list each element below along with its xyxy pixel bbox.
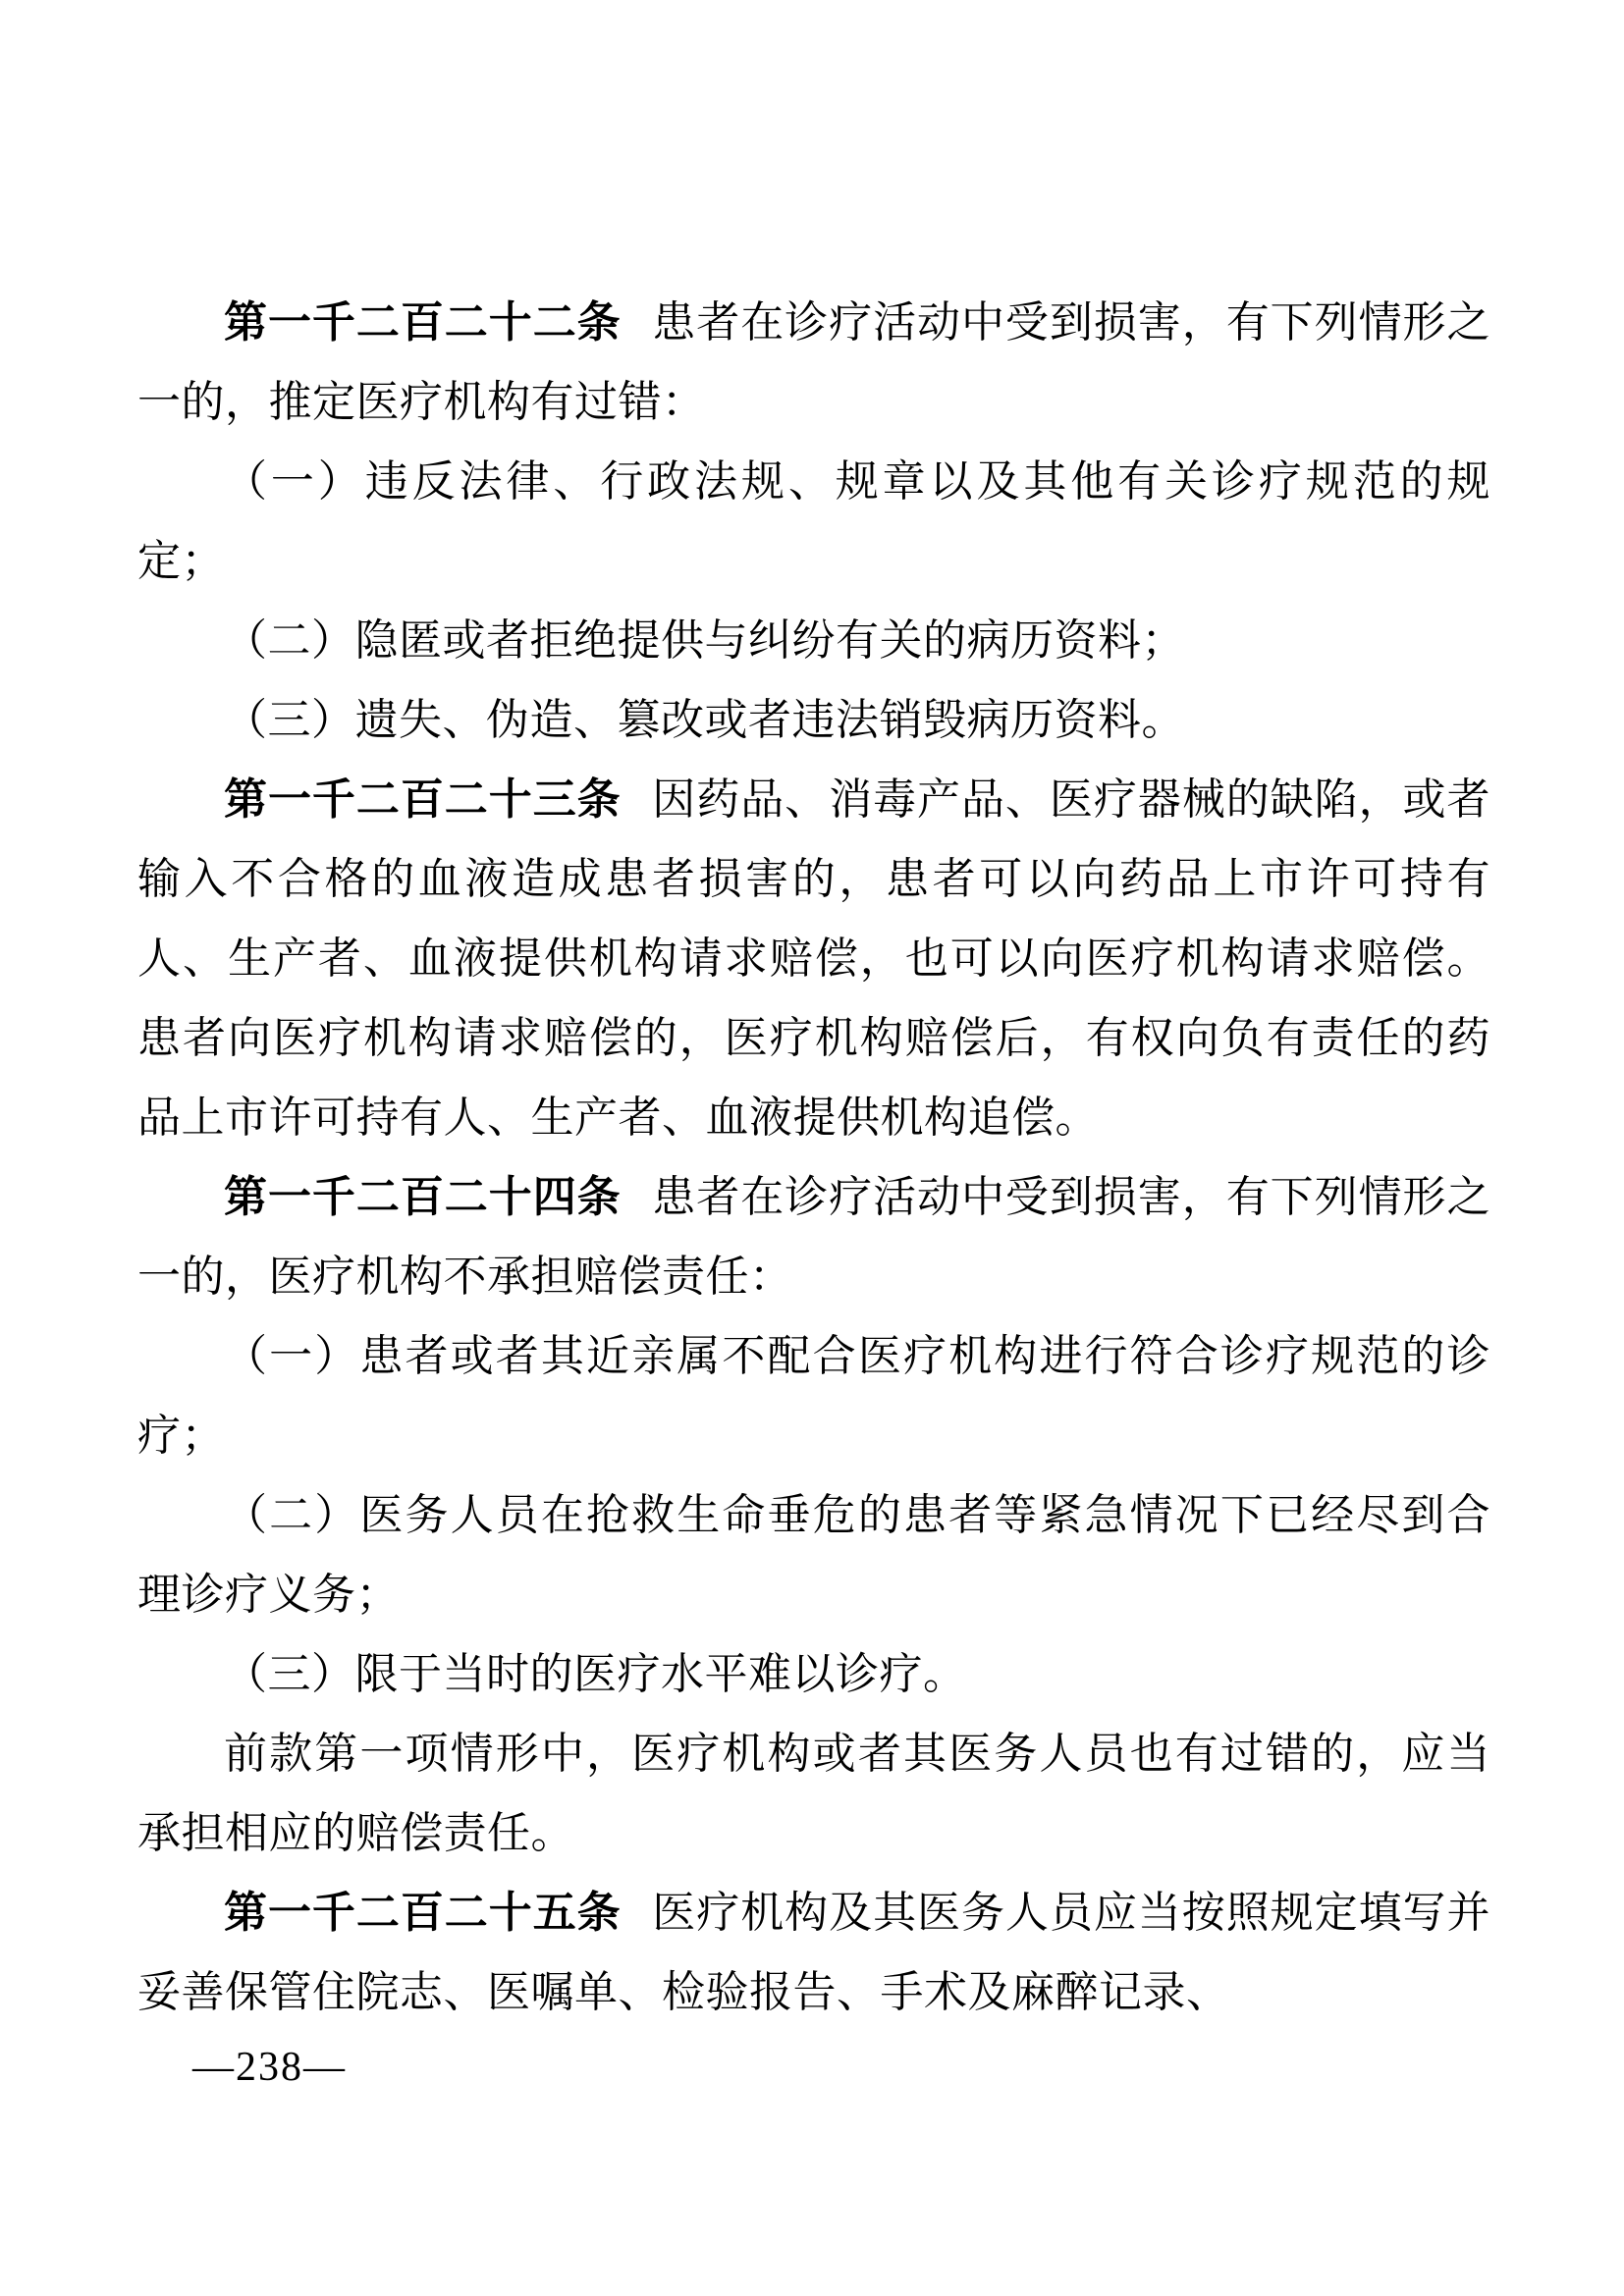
item-text: （一）患者或者其近亲属不配合医疗机构进行符合诊疗规范的诊疗；	[137, 1332, 1490, 1460]
item-text: （一）违反法律、行政法规、规章以及其他有关诊疗规范的规定；	[137, 457, 1490, 585]
article-1225-number: 第一千二百二十五条	[224, 1889, 622, 1937]
article-1222-paragraph: 第一千二百二十二条患者在诊疗活动中受到损害，有下列情形之一的，推定医疗机构有过错…	[137, 283, 1490, 442]
article-1223-number: 第一千二百二十三条	[224, 775, 622, 824]
paragraph-text: 前款第一项情形中，医疗机构或者其医务人员也有过错的，应当承担相应的赔偿责任。	[137, 1730, 1490, 1857]
article-1225-paragraph: 第一千二百二十五条医疗机构及其医务人员应当按照规定填写并妥善保管住院志、医嘱单、…	[137, 1873, 1490, 2032]
article-1222-item-1: （一）违反法律、行政法规、规章以及其他有关诊疗规范的规定；	[137, 442, 1490, 601]
article-1222-item-2: （二）隐匿或者拒绝提供与纠纷有关的病历资料；	[137, 601, 1490, 680]
item-text: （三）遗失、伪造、篡改或者违法销毁病历资料。	[224, 696, 1185, 744]
article-1224-number: 第一千二百二十四条	[224, 1173, 622, 1221]
article-1223-text: 因药品、消毒产品、医疗器械的缺陷，或者输入不合格的血液造成患者损害的，患者可以向…	[137, 775, 1490, 1142]
article-1223-paragraph: 第一千二百二十三条因药品、消毒产品、医疗器械的缺陷，或者输入不合格的血液造成患者…	[137, 760, 1490, 1157]
article-1224-paragraph: 第一千二百二十四条患者在诊疗活动中受到损害，有下列情形之一的，医疗机构不承担赔偿…	[137, 1157, 1490, 1316]
item-text: （三）限于当时的医疗水平难以诊疗。	[224, 1650, 967, 1698]
article-1224-item-2: （二）医务人员在抢救生命垂危的患者等紧急情况下已经尽到合理诊疗义务；	[137, 1475, 1490, 1634]
document-page: { "document": { "page_number": "—238—", …	[0, 0, 1624, 2296]
item-text: （二）隐匿或者拒绝提供与纠纷有关的病历资料；	[224, 616, 1185, 665]
page-number: —238—	[192, 2044, 347, 2091]
article-1224-final-paragraph: 前款第一项情形中，医疗机构或者其医务人员也有过错的，应当承担相应的赔偿责任。	[137, 1714, 1490, 1873]
article-1222-number: 第一千二百二十二条	[224, 298, 622, 347]
item-text: （二）医务人员在抢救生命垂危的患者等紧急情况下已经尽到合理诊疗义务；	[137, 1491, 1490, 1619]
article-1224-item-1: （一）患者或者其近亲属不配合医疗机构进行符合诊疗规范的诊疗；	[137, 1316, 1490, 1475]
article-1222-item-3: （三）遗失、伪造、篡改或者违法销毁病历资料。	[137, 680, 1490, 760]
document-body: 第一千二百二十二条患者在诊疗活动中受到损害，有下列情形之一的，推定医疗机构有过错…	[137, 283, 1490, 2032]
article-1224-item-3: （三）限于当时的医疗水平难以诊疗。	[137, 1634, 1490, 1714]
